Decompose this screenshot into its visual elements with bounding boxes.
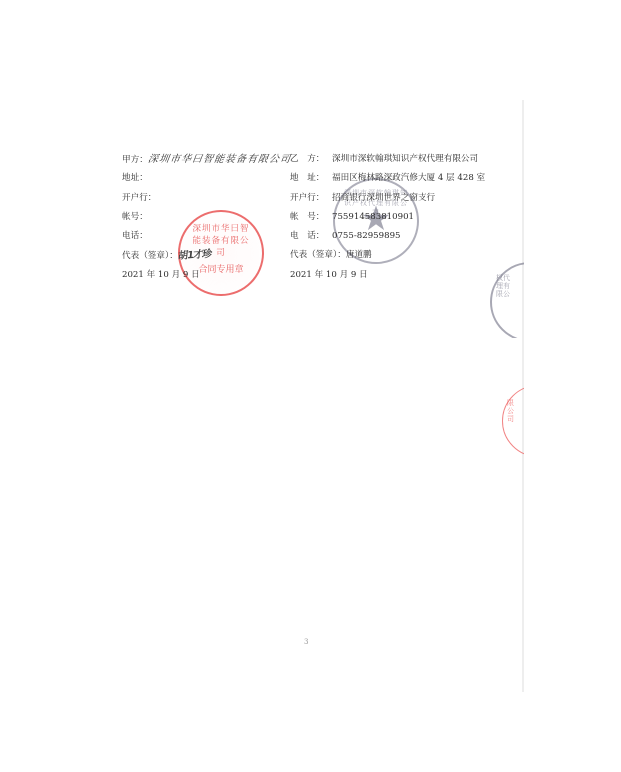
party-a-account-label: 帐号： — [122, 208, 148, 227]
party-b-address-value: 福田区梅林路深政汽修大厦 4 层 428 室 — [332, 173, 485, 183]
party-a-account-row: 帐号： — [122, 208, 292, 227]
party-a-address-row: 地址： — [122, 169, 292, 188]
party-b-rep-row: 代表（签章）：唐道鹏 — [290, 246, 530, 265]
party-a-rep-row: 代表（签章）：胡1才珍 — [122, 246, 292, 265]
party-b-name-value: 深圳市深软翰琪知识产权代理有限公司 — [332, 154, 478, 164]
party-b-name-row: 乙 方：深圳市深软翰琪知识产权代理有限公司 — [290, 150, 530, 169]
party-b-account-label: 帐 号： — [290, 208, 332, 227]
party-a-bank-row: 开户行： — [122, 189, 292, 208]
party-b-signature: 唐道鹏 — [346, 250, 372, 260]
party-a-phone-row: 电话： — [122, 227, 292, 246]
page-number: 3 — [304, 638, 308, 646]
party-a-name-row: 甲方：深圳市华曰智能装备有限公司 — [122, 150, 292, 169]
party-a-rep-label: 代表（签章）： — [122, 247, 178, 266]
party-a-name-handwritten: 深圳市华曰智能装备有限公司 — [146, 150, 292, 169]
party-b-bank-value: 招商银行深圳世界之窗支行 — [332, 193, 435, 203]
party-b-phone-row: 电 话：0755-82959895 — [290, 227, 530, 246]
seam-seal-red-text: 限公司 — [507, 399, 519, 423]
party-b-block: 乙 方：深圳市深软翰琪知识产权代理有限公司 地 址：福田区梅林路深政汽修大厦 4… — [290, 150, 530, 285]
party-b-bank-label: 开户行： — [290, 189, 332, 208]
party-b-address-label: 地 址： — [290, 169, 332, 188]
party-a-signature: 胡1才珍 — [177, 245, 212, 267]
party-a-phone-label: 电话： — [122, 227, 148, 246]
party-b-name-label: 乙 方： — [290, 150, 332, 169]
party-a-date: 2021 年 10 月 9 日 — [122, 266, 292, 285]
party-b-account-row: 帐 号：755914583810901 — [290, 208, 530, 227]
party-a-block: 甲方：深圳市华曰智能装备有限公司 地址： 开户行： 帐号： 电话： 代表（签章）… — [122, 150, 292, 285]
party-b-rep-label: 代表（签章）： — [290, 246, 346, 265]
party-a-address-label: 地址： — [122, 169, 148, 188]
party-b-phone-value: 0755-82959895 — [332, 231, 401, 241]
party-b-date: 2021 年 10 月 9 日 — [290, 266, 530, 285]
party-b-account-value: 755914583810901 — [332, 212, 414, 222]
party-a-bank-label: 开户行： — [122, 189, 156, 208]
party-a-name-label: 甲方： — [122, 151, 148, 170]
party-b-address-row: 地 址：福田区梅林路深政汽修大厦 4 层 428 室 — [290, 169, 530, 188]
seam-seal-red: 限公司 — [502, 385, 524, 455]
party-b-bank-row: 开户行：招商银行深圳世界之窗支行 — [290, 189, 530, 208]
party-b-phone-label: 电 话： — [290, 227, 332, 246]
